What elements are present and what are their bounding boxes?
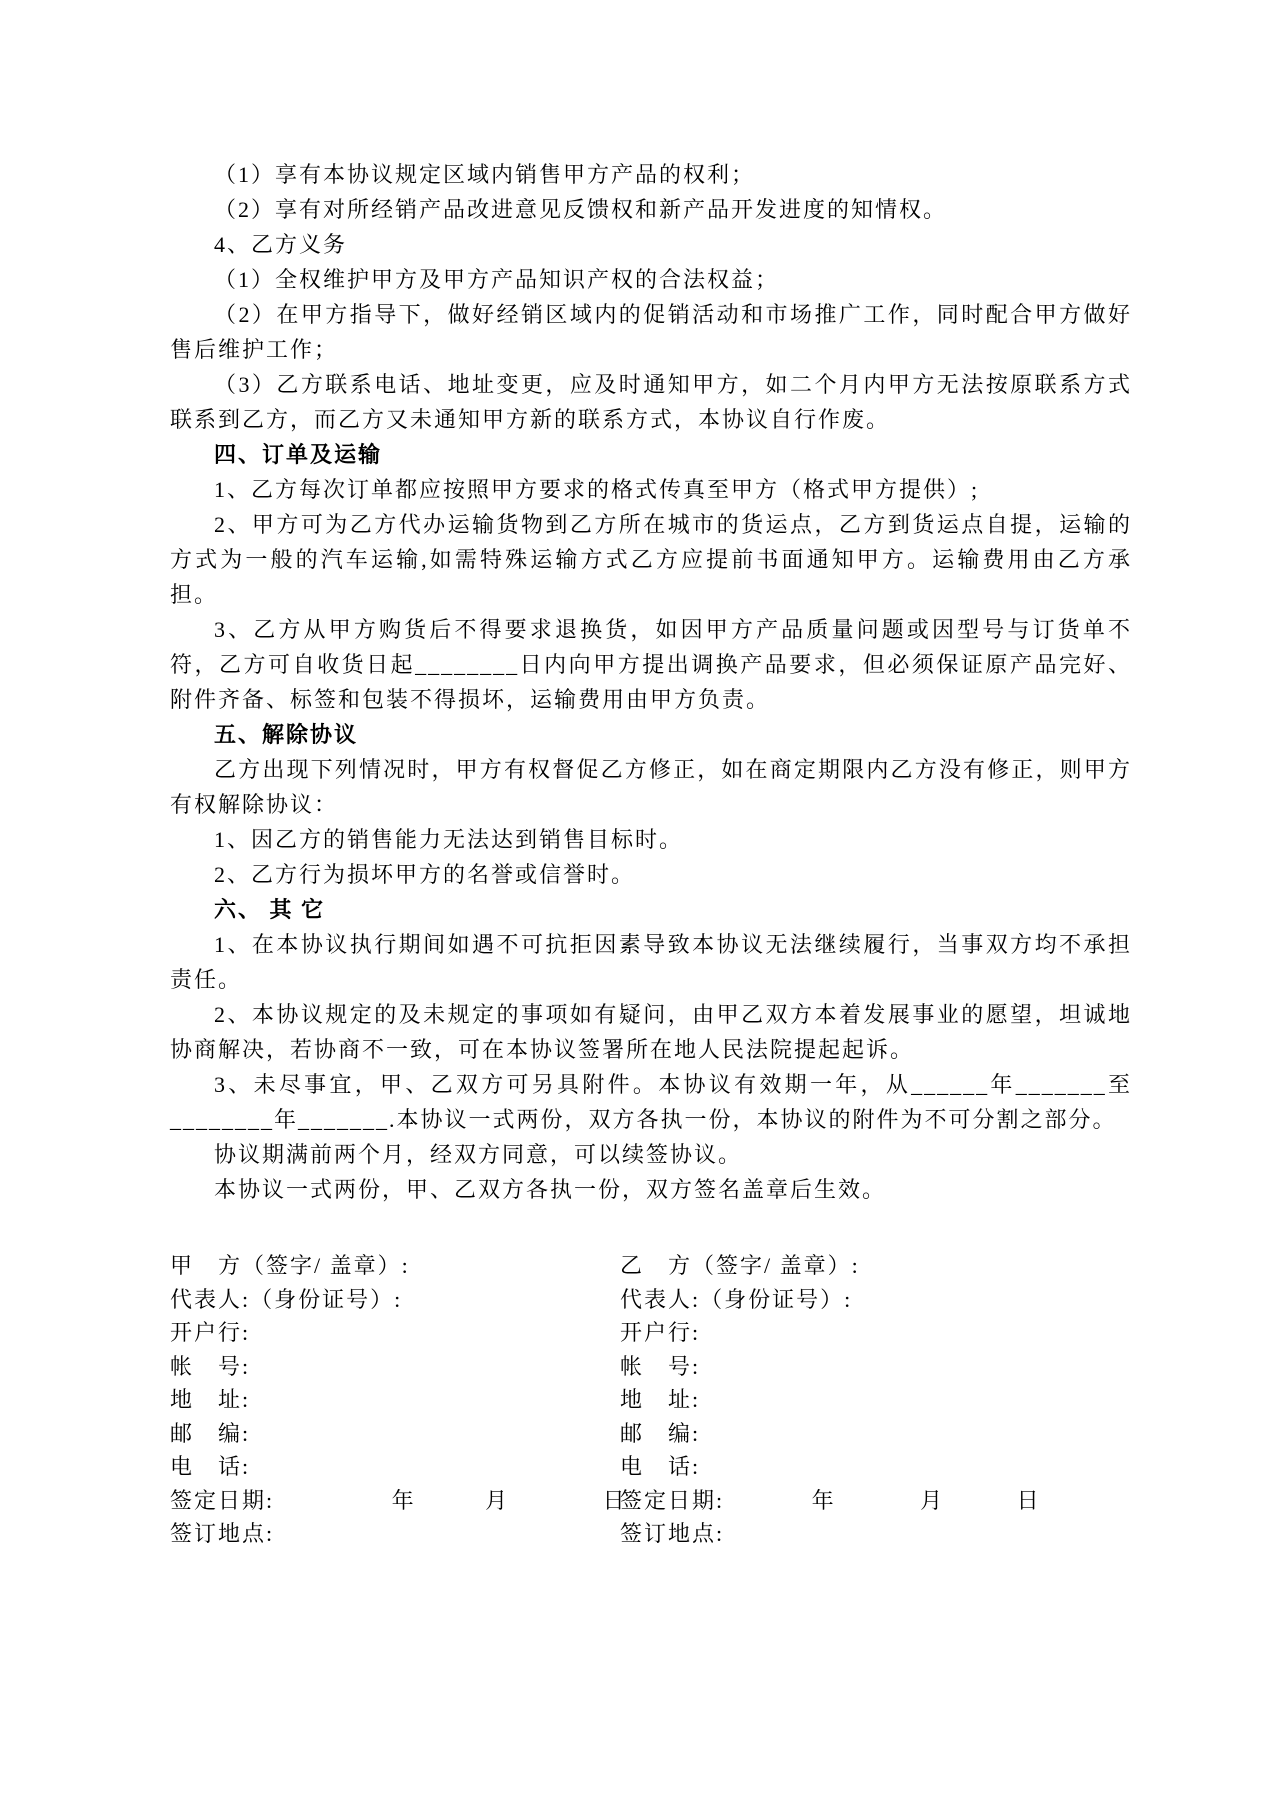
party-a-title: 甲 方（签字/ 盖章）: <box>170 1249 620 1283</box>
year-label: 年 <box>392 1484 416 1518</box>
clause-paragraph: 3、未尽事宜，甲、乙双方可另具附件。本协议有效期一年，从______年_____… <box>170 1067 1132 1137</box>
party-b-representative: 代表人:（身份证号）: <box>620 1283 1132 1317</box>
clause-paragraph: 4、乙方义务 <box>170 227 1132 262</box>
day-label: 日 <box>1017 1484 1041 1518</box>
clause-paragraph: 1、因乙方的销售能力无法达到销售目标时。 <box>170 822 1132 857</box>
party-b-address: 地 址: <box>620 1383 1132 1417</box>
party-b-sign-date: 签定日期: 年 月 日 <box>620 1484 1132 1518</box>
party-a-sign-date: 签定日期: 年 月 日 <box>170 1484 620 1518</box>
month-label: 月 <box>485 1484 509 1518</box>
section-heading-termination: 五、解除协议 <box>170 717 1132 752</box>
signature-block: 甲 方（签字/ 盖章）: 代表人:（身份证号）: 开户行: 帐 号: 地 址: … <box>170 1249 1132 1551</box>
party-a-account: 帐 号: <box>170 1350 620 1384</box>
clause-paragraph: 乙方出现下列情况时，甲方有权督促乙方修正，如在商定期限内乙方没有修正，则甲方有权… <box>170 752 1132 822</box>
sign-date-label: 签定日期: <box>170 1488 274 1513</box>
clause-paragraph: 协议期满前两个月，经双方同意，可以续签协议。 <box>170 1137 1132 1172</box>
party-b-sign-place: 签订地点: <box>620 1517 1132 1551</box>
clause-paragraph: 2、甲方可为乙方代办运输货物到乙方所在城市的货运点，乙方到货运点自提，运输的方式… <box>170 507 1132 612</box>
party-b-postcode: 邮 编: <box>620 1417 1132 1451</box>
party-b-bank: 开户行: <box>620 1316 1132 1350</box>
party-b-phone: 电 话: <box>620 1450 1132 1484</box>
party-b-title: 乙 方（签字/ 盖章）: <box>620 1249 1132 1283</box>
section-heading-orders-shipping: 四、订单及运输 <box>170 437 1132 472</box>
party-a-postcode: 邮 编: <box>170 1417 620 1451</box>
section-heading-miscellaneous: 六、 其 它 <box>170 892 1132 927</box>
party-a-bank: 开户行: <box>170 1316 620 1350</box>
clause-paragraph: （1）全权维护甲方及甲方产品知识产权的合法权益； <box>170 262 1132 297</box>
clause-paragraph: 3、乙方从甲方购货后不得要求退换货，如因甲方产品质量问题或因型号与订货单不符，乙… <box>170 612 1132 717</box>
clause-paragraph: 本协议一式两份，甲、乙双方各执一份，双方签名盖章后生效。 <box>170 1172 1132 1207</box>
clause-paragraph: （1）享有本协议规定区域内销售甲方产品的权利； <box>170 157 1132 192</box>
party-b-signature: 乙 方（签字/ 盖章）: 代表人:（身份证号）: 开户行: 帐 号: 地 址: … <box>620 1249 1132 1551</box>
clause-paragraph: （2）享有对所经销产品改进意见反馈权和新产品开发进度的知情权。 <box>170 192 1132 227</box>
clause-paragraph: （3）乙方联系电话、地址变更，应及时通知甲方，如二个月内甲方无法按原联系方式联系… <box>170 367 1132 437</box>
contract-body: （1）享有本协议规定区域内销售甲方产品的权利； （2）享有对所经销产品改进意见反… <box>170 157 1132 1207</box>
party-a-sign-place: 签订地点: <box>170 1517 620 1551</box>
clause-paragraph: 2、乙方行为损坏甲方的名誉或信誉时。 <box>170 857 1132 892</box>
clause-paragraph: 1、乙方每次订单都应按照甲方要求的格式传真至甲方（格式甲方提供）; <box>170 472 1132 507</box>
document-page: （1）享有本协议规定区域内销售甲方产品的权利； （2）享有对所经销产品改进意见反… <box>0 0 1280 1811</box>
clause-paragraph: 2、本协议规定的及未规定的事项如有疑问，由甲乙双方本着发展事业的愿望，坦诚地协商… <box>170 997 1132 1067</box>
year-label: 年 <box>812 1484 836 1518</box>
party-a-signature: 甲 方（签字/ 盖章）: 代表人:（身份证号）: 开户行: 帐 号: 地 址: … <box>170 1249 620 1551</box>
clause-paragraph: 1、在本协议执行期间如遇不可抗拒因素导致本协议无法继续履行，当事双方均不承担责任… <box>170 927 1132 997</box>
month-label: 月 <box>920 1484 944 1518</box>
party-a-address: 地 址: <box>170 1383 620 1417</box>
party-a-representative: 代表人:（身份证号）: <box>170 1283 620 1317</box>
clause-paragraph: （2）在甲方指导下，做好经销区域内的促销活动和市场推广工作，同时配合甲方做好售后… <box>170 297 1132 367</box>
party-b-account: 帐 号: <box>620 1350 1132 1384</box>
sign-date-label: 签定日期: <box>620 1488 724 1513</box>
party-a-phone: 电 话: <box>170 1450 620 1484</box>
